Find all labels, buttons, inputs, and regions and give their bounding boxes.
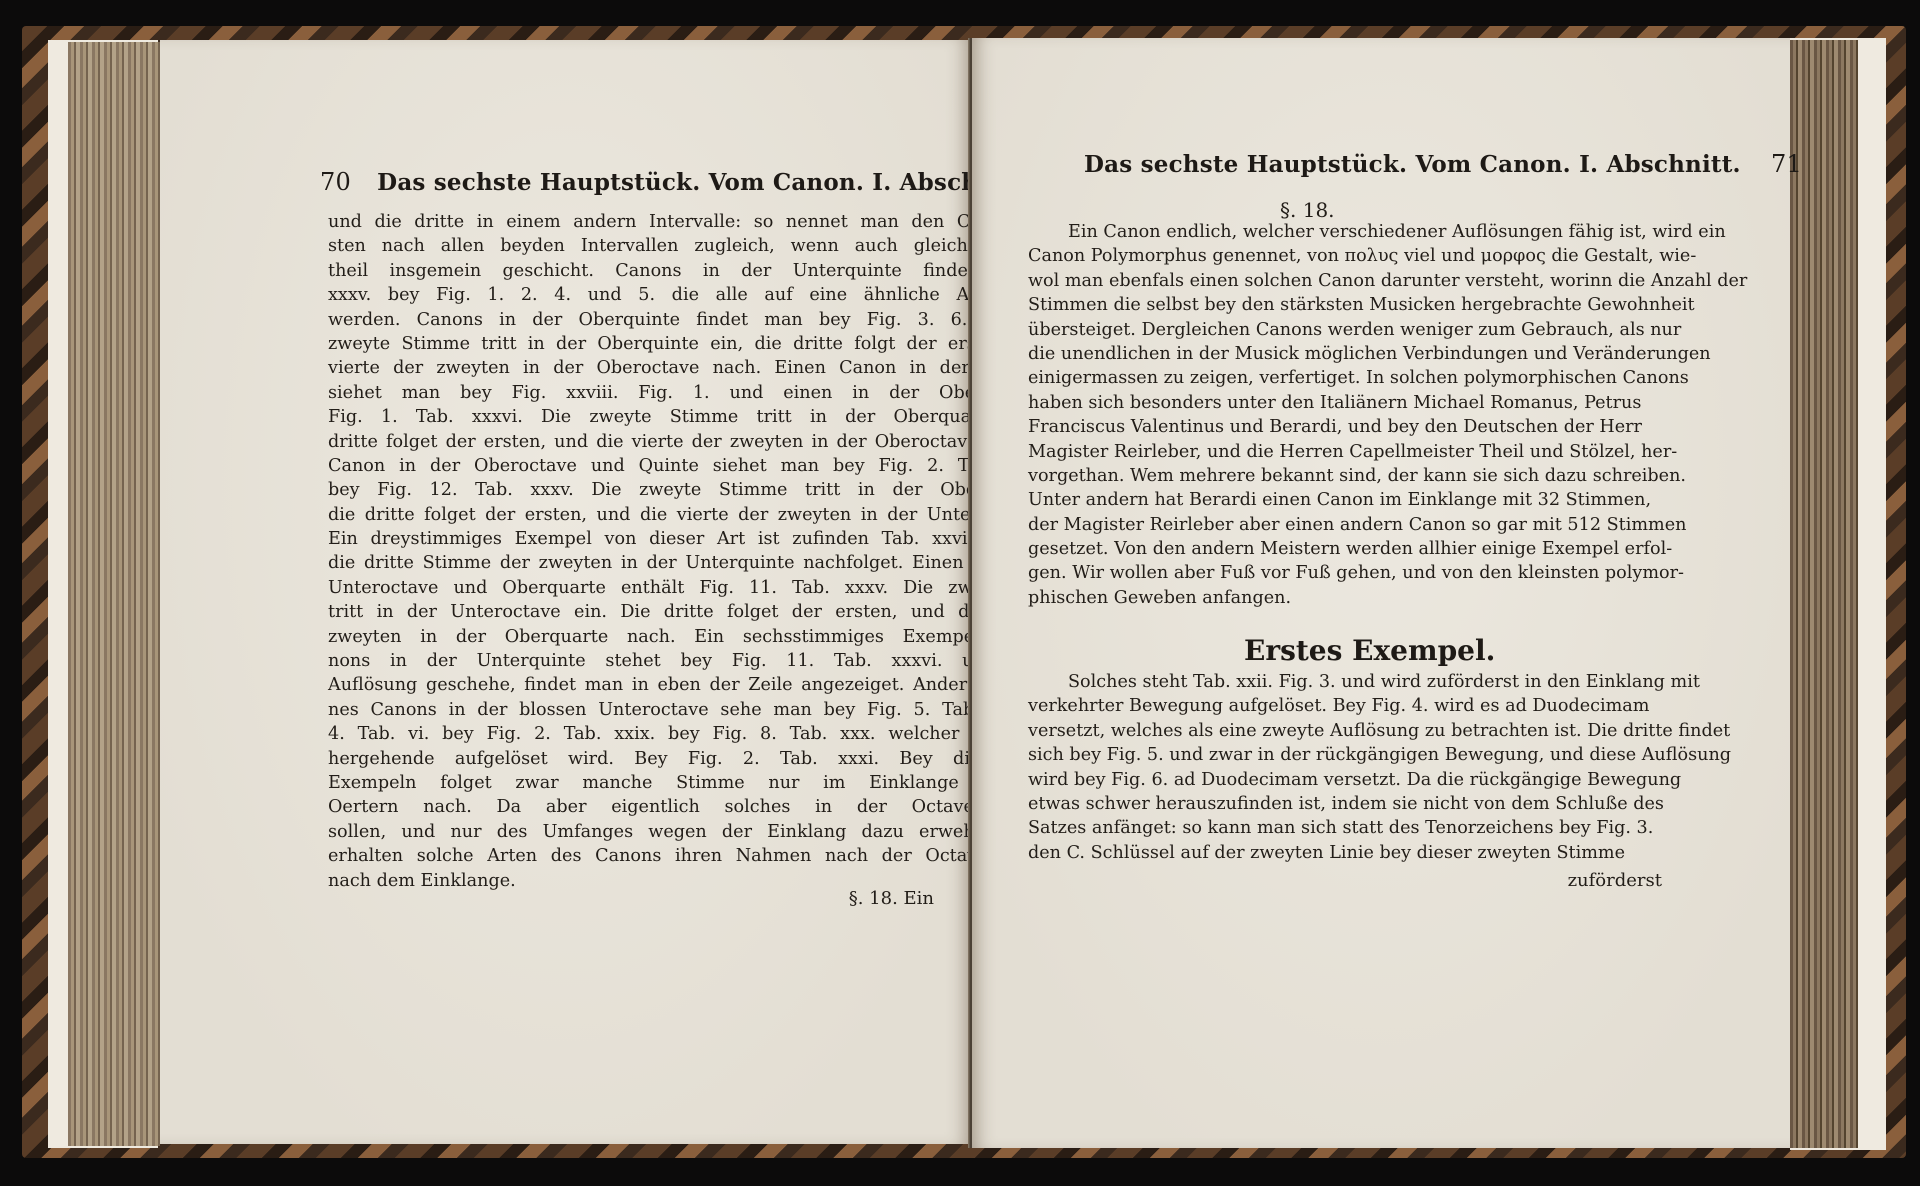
text-line: sich bey Fig. 5. und zwar in der rückgän… — [1028, 743, 1618, 767]
left-page-number: 70 — [320, 168, 351, 196]
right-body-text-para1: Ein Canon endlich, welcher verschiedener… — [1028, 220, 1618, 610]
text-line: Franciscus Valentinus und Berardi, und b… — [1028, 415, 1618, 439]
text-line: Stimmen die selbst bey den stärksten Mus… — [1028, 293, 1618, 317]
text-line: wol man ebenfals einen solchen Canon dar… — [1028, 269, 1618, 293]
text-line: Canon Polymorphus genennet, von πολυς vi… — [1028, 244, 1618, 268]
example-heading: Erstes Exempel. — [1244, 634, 1495, 667]
text-line: phischen Geweben anfangen. — [1028, 586, 1618, 610]
text-line: Unter andern hat Berardi einen Canon im … — [1028, 488, 1618, 512]
text-line: einigermassen zu zeigen, verfertiget. In… — [1028, 366, 1618, 390]
text-line: verkehrter Bewegung aufgelöset. Bey Fig.… — [1028, 694, 1618, 718]
right-page: Das sechste Hauptstück. Vom Canon. I. Ab… — [972, 38, 1790, 1148]
text-line: vorgethan. Wem mehrere bekannt sind, der… — [1028, 464, 1618, 488]
left-running-head-title: Das sechste Hauptstück. Vom Canon. I. Ab… — [377, 169, 1034, 196]
text-line: den C. Schlüssel auf der zweyten Linie b… — [1028, 841, 1618, 865]
right-body-text-para2: Solches steht Tab. xxii. Fig. 3. und wir… — [1028, 670, 1618, 865]
left-page: 70 Das sechste Hauptstück. Vom Canon. I.… — [160, 40, 970, 1144]
text-line: die unendlichen in der Musick möglichen … — [1028, 342, 1618, 366]
text-line: gesetzet. Von den andern Meistern werden… — [1028, 537, 1618, 561]
text-line: Magister Reirleber, und die Herren Capel… — [1028, 440, 1618, 464]
right-page-number: 71 — [1771, 150, 1802, 178]
text-line: Ein Canon endlich, welcher verschiedener… — [1028, 220, 1618, 244]
right-catchword: zuförderst — [1568, 870, 1662, 891]
left-fore-edge — [68, 42, 160, 1146]
right-fore-edge — [1790, 40, 1858, 1148]
text-line: haben sich besonders unter den Italiäner… — [1028, 391, 1618, 415]
right-running-head-title: Das sechste Hauptstück. Vom Canon. I. Ab… — [1084, 151, 1741, 178]
left-catchword: §. 18. Ein — [849, 888, 934, 909]
text-line: etwas schwer herauszufinden ist, indem s… — [1028, 792, 1618, 816]
right-running-head: Das sechste Hauptstück. Vom Canon. I. Ab… — [1084, 150, 1802, 178]
text-line: der Magister Reirleber aber einen andern… — [1028, 513, 1618, 537]
left-running-head: 70 Das sechste Hauptstück. Vom Canon. I.… — [320, 168, 1034, 196]
section-mark: §. 18. — [1280, 198, 1335, 222]
text-line: Solches steht Tab. xxii. Fig. 3. und wir… — [1028, 670, 1618, 694]
text-line: wird bey Fig. 6. ad Duodecimam versetzt.… — [1028, 768, 1618, 792]
text-line: übersteiget. Dergleichen Canons werden w… — [1028, 318, 1618, 342]
text-line: versetzt, welches als eine zweyte Auflös… — [1028, 719, 1618, 743]
text-line: gen. Wir wollen aber Fuß vor Fuß gehen, … — [1028, 561, 1618, 585]
text-line: Satzes anfänget: so kann man sich statt … — [1028, 816, 1618, 840]
